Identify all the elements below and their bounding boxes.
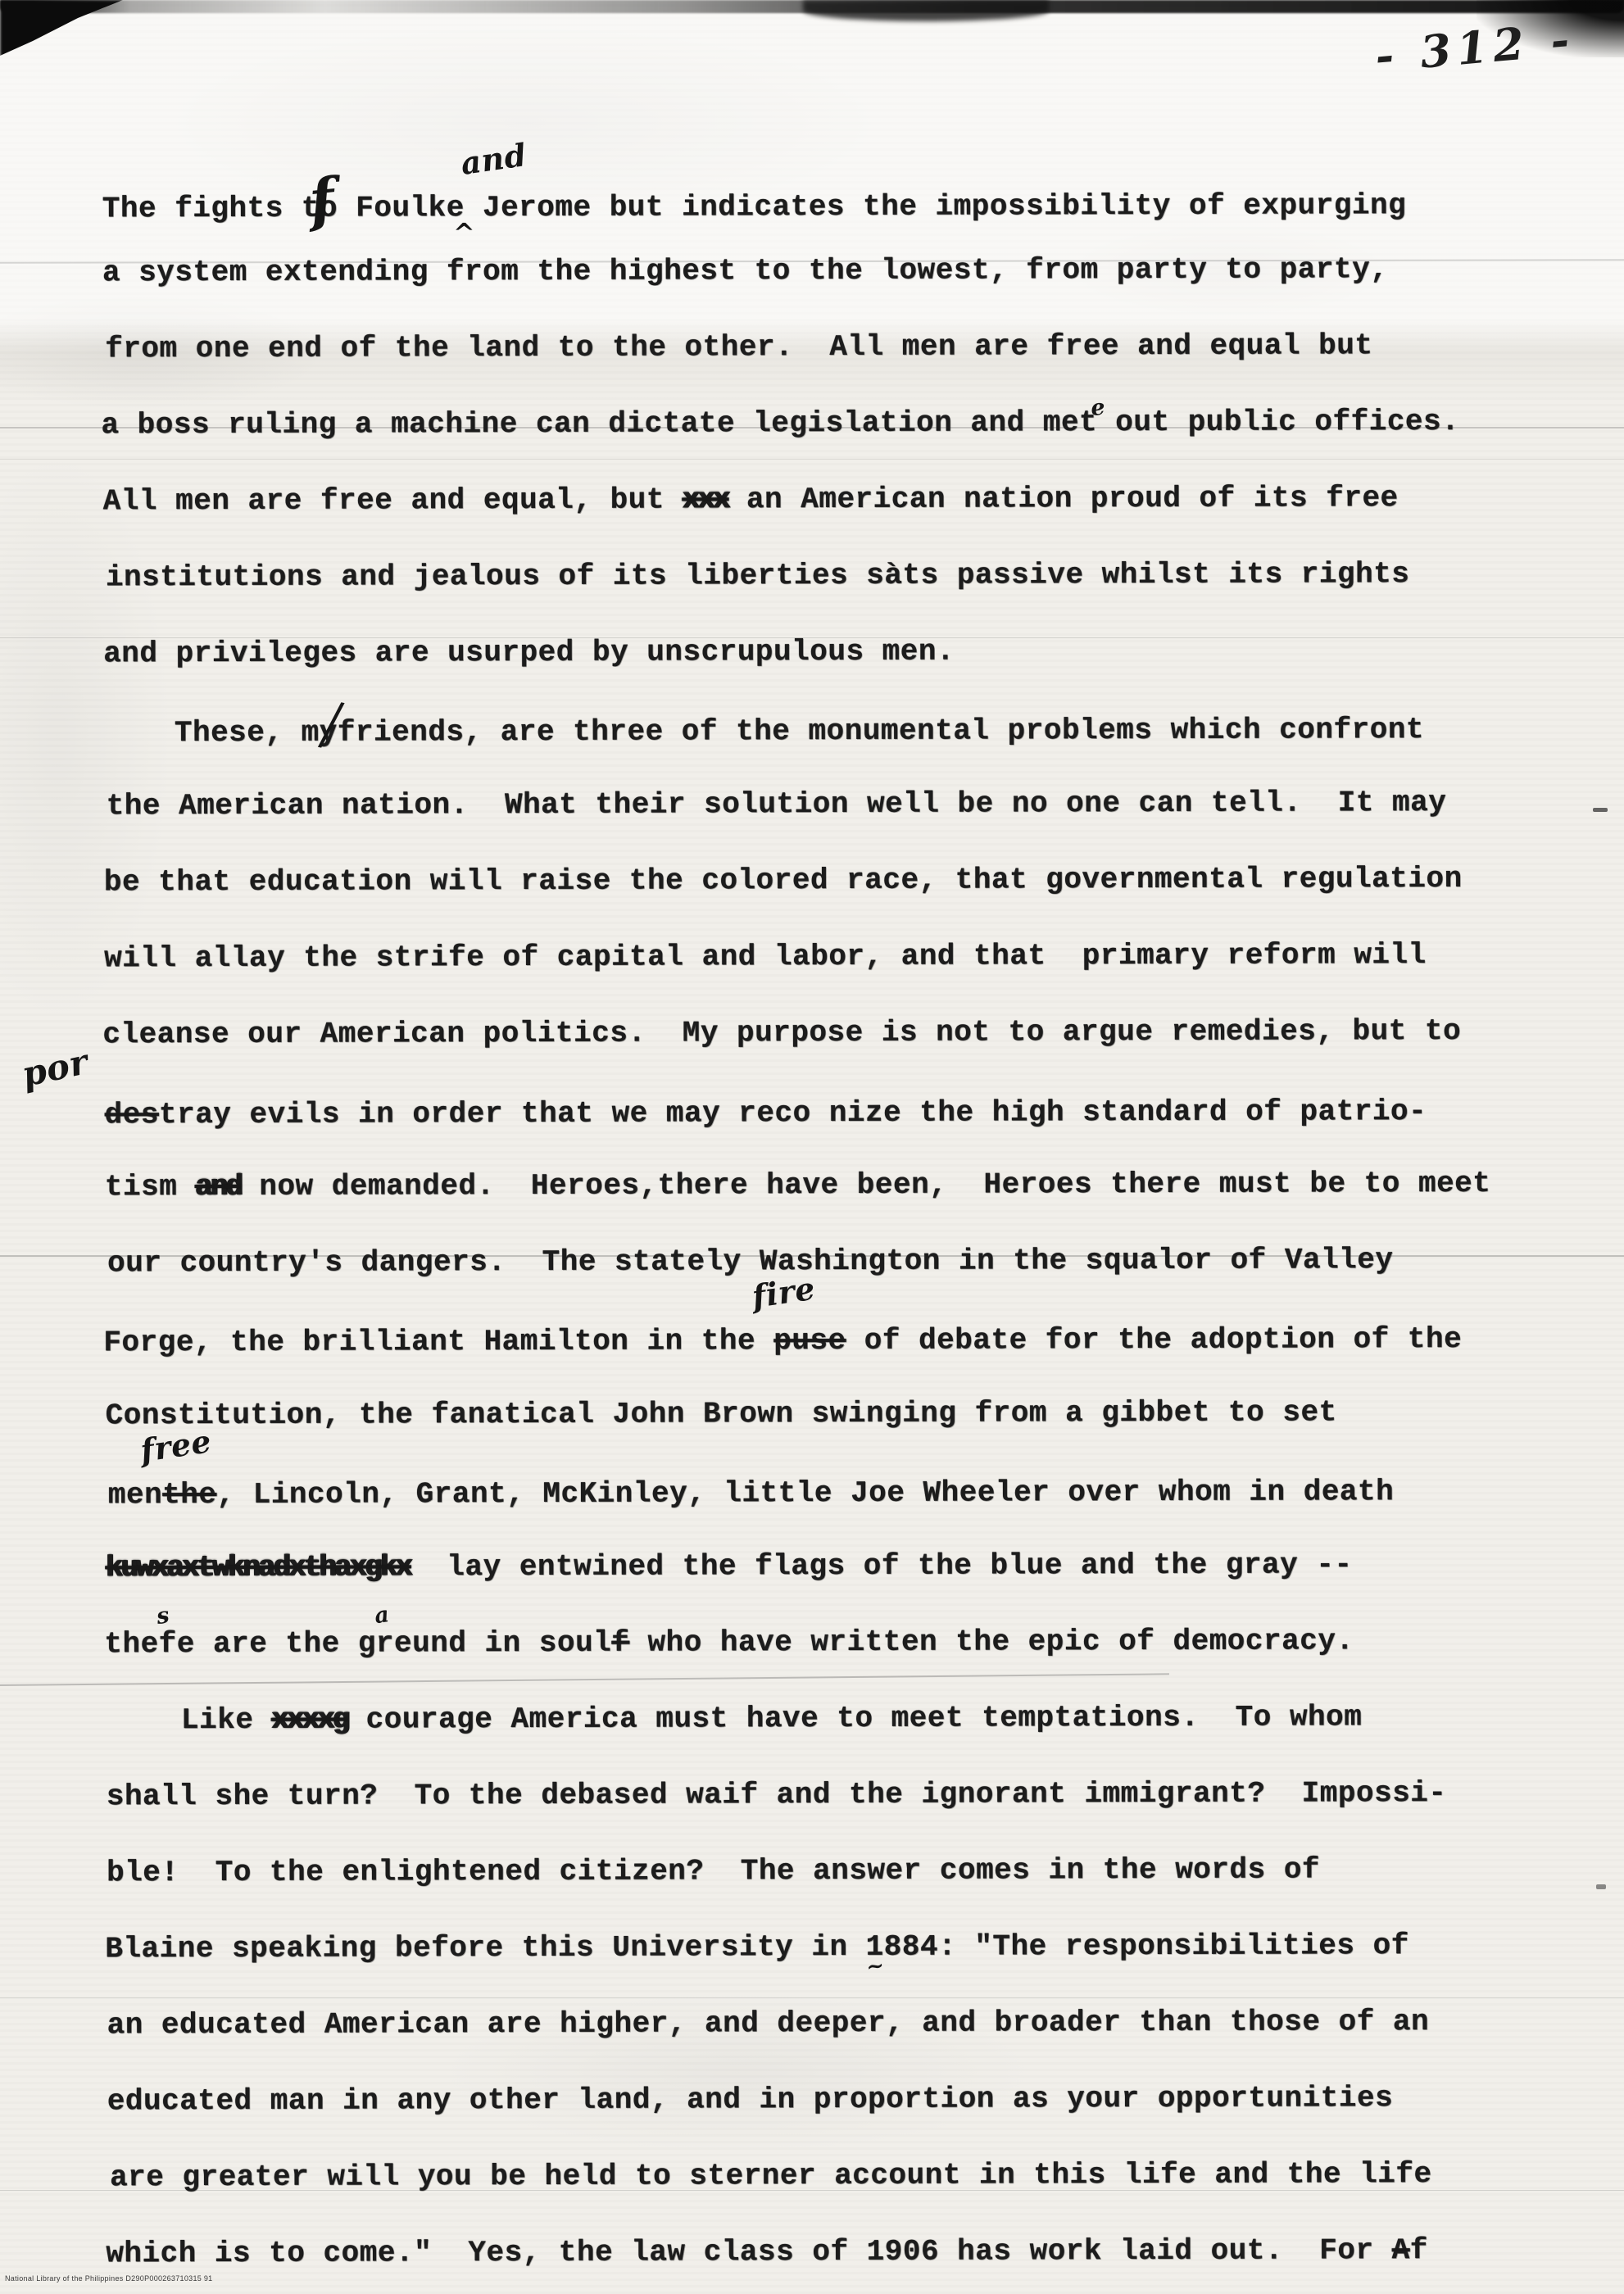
typed-line: shall she turn? To the debased waif and … xyxy=(107,1755,1573,1835)
typed-line: thefse are the graeund in soulf who have… xyxy=(104,1603,1572,1683)
typed-line: tism and now demanded. Heroes,there have… xyxy=(105,1145,1572,1226)
struck-out-text: xxxxg xyxy=(271,1703,347,1737)
typed-text: Forge, the brilliant Hamilton in the xyxy=(103,1324,773,1359)
typed-text: will allay the strife of capital and lab… xyxy=(104,938,1427,975)
struck-out-text: and xyxy=(195,1170,241,1204)
scan-speck xyxy=(1593,808,1608,812)
typed-line: These, my/friends, are three of the monu… xyxy=(102,688,1570,768)
typed-line: Blaine speaking before this University i… xyxy=(105,1907,1573,1988)
typed-text: are greater will you be held to sterner … xyxy=(110,2157,1432,2194)
typed-text: All men are free and equal, but xyxy=(103,483,683,518)
typed-line: ble! To the enlightened citizen? The ans… xyxy=(107,1831,1573,1911)
typed-text: out public offices. xyxy=(1097,405,1459,439)
typed-text: ble! To the enlightened citizen? The ans… xyxy=(107,1852,1320,1889)
typed-line: educated man in any other land, and in p… xyxy=(107,2060,1574,2140)
document-page: - 312 - The fights tof Foulke and^Jerome… xyxy=(0,0,1624,2294)
typed-text: a boss ruling a machine can dictate legi… xyxy=(101,406,1097,442)
typed-line: Constitution, the fanatical John Brown s… xyxy=(105,1374,1572,1454)
typed-line: Like xxxxg courage America must have to … xyxy=(108,1679,1572,1759)
typed-text: of debate for the adoption of the xyxy=(846,1322,1463,1358)
typed-text: lay entwined the flags of the blue and t… xyxy=(411,1548,1352,1584)
struck-out-text: the xyxy=(162,1478,216,1512)
handwritten-page-number: - 312 - xyxy=(1373,12,1577,82)
typed-text: Like xyxy=(109,1703,272,1738)
typed-text: the American nation. What their solution… xyxy=(107,786,1447,823)
struck-out-text: puse xyxy=(773,1324,846,1358)
typed-line: our country's dangers. The stately Washi… xyxy=(107,1222,1572,1302)
typed-line: Forge, the brilliant Hamilton in the fir… xyxy=(103,1298,1572,1378)
typed-line: are greater will you be held to sterner … xyxy=(110,2136,1574,2216)
struck-out-text: xxx xyxy=(683,483,728,516)
typed-line: which is to come." Yes, the law class of… xyxy=(106,2212,1574,2292)
typed-text: tray evils in order that we may reco niz… xyxy=(159,1095,1427,1131)
typed-text: eund in soul xyxy=(394,1626,611,1661)
typed-text: The fights to xyxy=(102,192,338,226)
struck-out-text: des xyxy=(105,1098,159,1131)
typed-line: a boss ruling a machine can dictate legi… xyxy=(101,383,1569,464)
typed-text: e are the gr xyxy=(177,1626,394,1661)
typed-line: pordestray evils in order that we may re… xyxy=(105,1069,1572,1149)
typed-line: the American nation. What their solution… xyxy=(107,764,1571,845)
typed-text: now demanded. Heroes,there have been, He… xyxy=(241,1167,1490,1204)
typed-text: 84: "The responsibilities of xyxy=(902,1929,1409,1964)
typed-text: tism xyxy=(105,1170,196,1204)
typed-text: cleanse our American politics. My purpos… xyxy=(102,1014,1461,1051)
struck-out-text: f xyxy=(611,1626,629,1660)
typed-text: educated man in any other land, and in p… xyxy=(107,2081,1393,2118)
typed-text: an American nation proud of its free xyxy=(728,481,1399,516)
typed-text: and privileges are usurped by unscrupulo… xyxy=(103,635,955,671)
typed-text: who have written the epic of democracy. xyxy=(629,1624,1354,1659)
handwritten-correction: and xyxy=(456,126,466,202)
scan-speck xyxy=(1596,1884,1606,1889)
typed-line: a system extending from the highest to t… xyxy=(102,231,1569,311)
text-block: The fights tof Foulke and^Jerome but ind… xyxy=(102,155,1575,2292)
typed-text: institutions and jealous of its libertie… xyxy=(106,557,1410,594)
typed-line: institutions and jealous of its libertie… xyxy=(106,536,1570,616)
typed-line: and privileges are usurped by unscrupulo… xyxy=(103,612,1570,692)
typed-text: be that education will raise the colored… xyxy=(104,862,1463,899)
typed-text: shall she turn? To the debased waif and … xyxy=(107,1776,1447,1813)
archive-microprint: National Library of the Philippines D290… xyxy=(5,2274,212,2283)
typed-text: f xyxy=(1410,2233,1428,2267)
typed-text: our country's dangers. The stately Washi… xyxy=(107,1243,1393,1280)
handwritten-correction: por xyxy=(15,1038,31,1113)
typed-line: an educated American are higher, and dee… xyxy=(107,1983,1573,2064)
typed-line: kuwxaxtwknadxthaxgkx lay entwined the fl… xyxy=(106,1526,1572,1607)
typed-text: , Lincoln, Grant, McKinley, little Joe W… xyxy=(216,1475,1394,1512)
typed-text: an educated American are higher, and dee… xyxy=(107,2005,1430,2042)
typed-text: Jerome but indicates the impossibility o… xyxy=(483,188,1406,224)
typed-text: a system extending from the highest to t… xyxy=(102,252,1388,289)
typed-line: be that education will raise the colored… xyxy=(104,841,1571,921)
scan-smudge xyxy=(803,0,1049,21)
typed-text: thef xyxy=(104,1627,177,1661)
typed-line: from one end of the land to the other. A… xyxy=(105,307,1569,388)
typed-line: will allay the strife of capital and lab… xyxy=(104,917,1571,997)
typed-text: These, my xyxy=(102,716,337,750)
typed-line: menfreethe, Lincoln, Grant, McKinley, li… xyxy=(108,1450,1572,1530)
typed-text: Constitution, the fanatical John Brown s… xyxy=(106,1395,1337,1432)
typed-line: cleanse our American politics. My purpos… xyxy=(102,993,1571,1073)
typed-text: men xyxy=(108,1478,162,1512)
typed-text: friends, are three of the monumental pro… xyxy=(338,713,1424,749)
typed-line: All men are free and equal, but xxx an A… xyxy=(103,460,1570,540)
typed-text: from one end of the land to the other. A… xyxy=(105,329,1372,365)
typed-text: courage America must have to meet tempta… xyxy=(347,1700,1362,1736)
struck-out-text: A xyxy=(1392,2233,1410,2267)
typed-text: Blaine speaking before this University i… xyxy=(105,1930,902,1966)
typed-text: which is to come." Yes, the law class of… xyxy=(106,2233,1391,2270)
typed-line: The fights tof Foulke and^Jerome but ind… xyxy=(102,155,1569,235)
